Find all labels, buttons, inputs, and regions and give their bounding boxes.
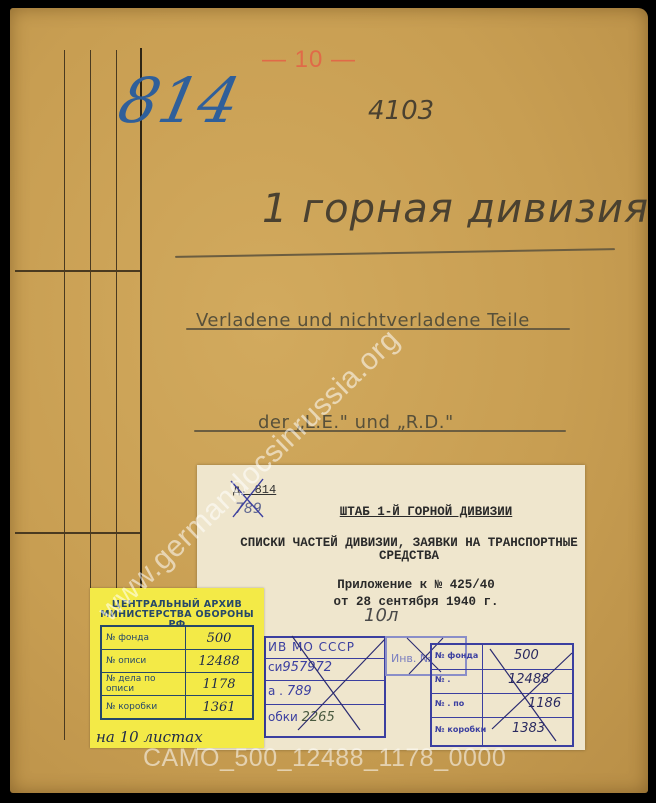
label-title-line-1: СПИСКИ ЧАСТЕЙ ДИВИЗИИ, ЗАЯВКИ НА ТРАНСПО…: [240, 536, 578, 550]
table-row: № фонда500: [101, 626, 253, 650]
row-value: 12488: [186, 650, 254, 673]
table-row: № дела по описи1178: [101, 673, 253, 696]
margin-rule: [15, 270, 140, 272]
label-heading: ШТАБ 1-Й ГОРНОЙ ДИВИЗИИ: [197, 505, 585, 519]
sheet-count-handwritten: 10л: [364, 605, 398, 626]
row-label: № коробки: [101, 696, 186, 720]
stamp-row-label: си: [268, 660, 282, 674]
stamp-row-label: № коробки: [435, 725, 486, 734]
stamp-row-label: № фонда: [435, 651, 478, 660]
row-value: 500: [186, 626, 254, 650]
margin-rule: [15, 532, 140, 534]
crossout-mark-icon: [486, 645, 576, 745]
margin-rule: [64, 50, 65, 740]
division-title-handwritten: 1 горная дивизия: [262, 186, 649, 232]
inventory-number-handwritten: 4103: [368, 96, 434, 126]
image-code-watermark: CAMO_500_12488_1178_0000: [143, 744, 506, 773]
stamp-row-label: а: [268, 684, 275, 698]
row-value: 1178: [186, 673, 254, 696]
stamp-row-label: № .: [435, 675, 450, 684]
crossout-mark-icon: [290, 634, 390, 734]
red-sheet-mark: — 10 —: [262, 46, 356, 74]
row-label: № описи: [101, 650, 186, 673]
row-label: № фонда: [101, 626, 186, 650]
file-number-handwritten: 814: [113, 70, 245, 132]
label-title-line-2: СРЕДСТВА: [379, 549, 439, 563]
row-value: 1361: [186, 696, 254, 720]
archive-reference-table: № фонда500 № описи12488 № дела по описи1…: [100, 625, 254, 720]
table-row: № описи12488: [101, 650, 253, 673]
subtitle-underline: [194, 430, 566, 432]
label-title: СПИСКИ ЧАСТЕЙ ДИВИЗИИ, ЗАЯВКИ НА ТРАНСПО…: [197, 537, 585, 563]
stamp-row-label: № . по: [435, 699, 464, 708]
row-label: № дела по описи: [101, 673, 186, 696]
table-row: № коробки1361: [101, 696, 253, 720]
